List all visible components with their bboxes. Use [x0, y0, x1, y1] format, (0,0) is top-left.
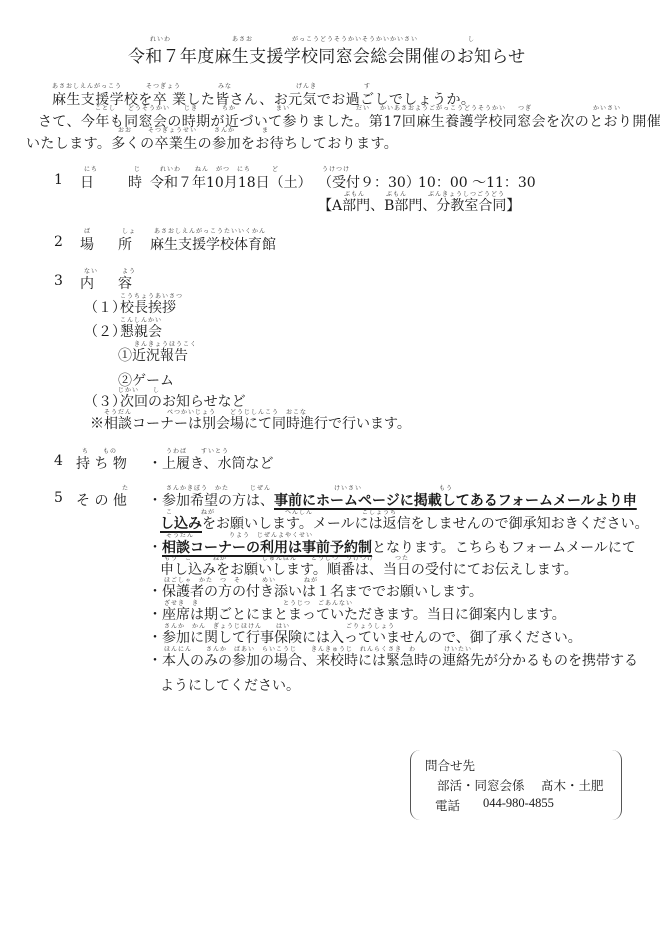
ruby: がっこうどうそうかいそうかいかいさい [292, 34, 418, 43]
ruby: あさおしえんがっこう [52, 81, 122, 90]
event-venue: 麻生支援学校体育館 [150, 234, 276, 254]
ruby: す [364, 81, 371, 90]
ruby: そつぎょうせい [148, 125, 197, 134]
belongings-text: ・上履き、水筒など [148, 453, 273, 473]
section-label: 時 [128, 172, 142, 192]
section-number: 2 [54, 234, 63, 250]
note-line: ・本人のみの参加の場合、来校時には緊急時の連絡先が分かるものを携帯する [148, 650, 638, 670]
ruby: げんき [296, 81, 317, 90]
ruby: さんか [214, 125, 235, 134]
section-number: 5 [54, 490, 63, 506]
ruby: かいさい [593, 103, 621, 112]
ruby: れいわ [150, 34, 171, 43]
section-number: 3 [54, 273, 63, 289]
contact-department: 部活・同窓会係 髙木・土肥 [437, 776, 603, 794]
event-groups: 【A部門、B部門、分教室合同】 [318, 195, 520, 215]
ruby: つぎ [518, 103, 532, 112]
consultation-note: ※相談コーナーは別会場にて同時進行で行います。 [90, 413, 411, 433]
contact-heading: 問合せ先 [425, 756, 475, 774]
section-label: 日 [80, 172, 94, 192]
intro-line-3: いたします。多くの卒業生の参加をお待ちしております。 [26, 133, 398, 153]
ruby: し [468, 34, 475, 43]
section-number: 4 [54, 453, 63, 469]
section-label: 所 [118, 234, 132, 254]
program-subitem: ①近況報告 [118, 345, 188, 365]
program-item: 懇親会 [120, 321, 162, 341]
note-text: となります。こちらもフォームメールにて [372, 540, 636, 556]
section-label: 持 ち 物 [76, 453, 127, 473]
ruby: どうそうかい [128, 103, 170, 112]
section-label: 容 [118, 273, 132, 293]
section-number: 1 [54, 172, 63, 188]
ruby: じき [184, 103, 198, 112]
contact-box: 問合せ先 部活・同窓会係 髙木・土肥 電話 044-980-4855 [410, 750, 622, 820]
contact-phone-label: 電話 [435, 796, 460, 814]
ruby: みな [218, 81, 232, 90]
program-item: 校長挨拶 [120, 297, 176, 317]
ruby: おお [118, 125, 132, 134]
ruby: ことし [95, 103, 116, 112]
section-label: そ の 他 [76, 490, 127, 510]
ruby: まい [276, 103, 290, 112]
ruby: だい [356, 103, 370, 112]
note-line: ようにしてください。 [160, 675, 300, 695]
note-text: ・ [148, 540, 162, 556]
section-label: 内 [80, 273, 94, 293]
contact-phone[interactable]: 044-980-4855 [483, 796, 554, 811]
ruby: あさお [232, 34, 253, 43]
section-label: 場 [80, 234, 94, 254]
ruby: ま [262, 125, 269, 134]
document-title: 令和７年度麻生支援学校同窓会総会開催のお知らせ [128, 42, 525, 67]
ruby: ちか [222, 103, 236, 112]
ruby: かいあさおようごがっこうどうそうかい [380, 103, 506, 112]
ruby: そつぎょう [146, 81, 181, 90]
event-date: 令和７年10月18日（土） [150, 172, 312, 192]
